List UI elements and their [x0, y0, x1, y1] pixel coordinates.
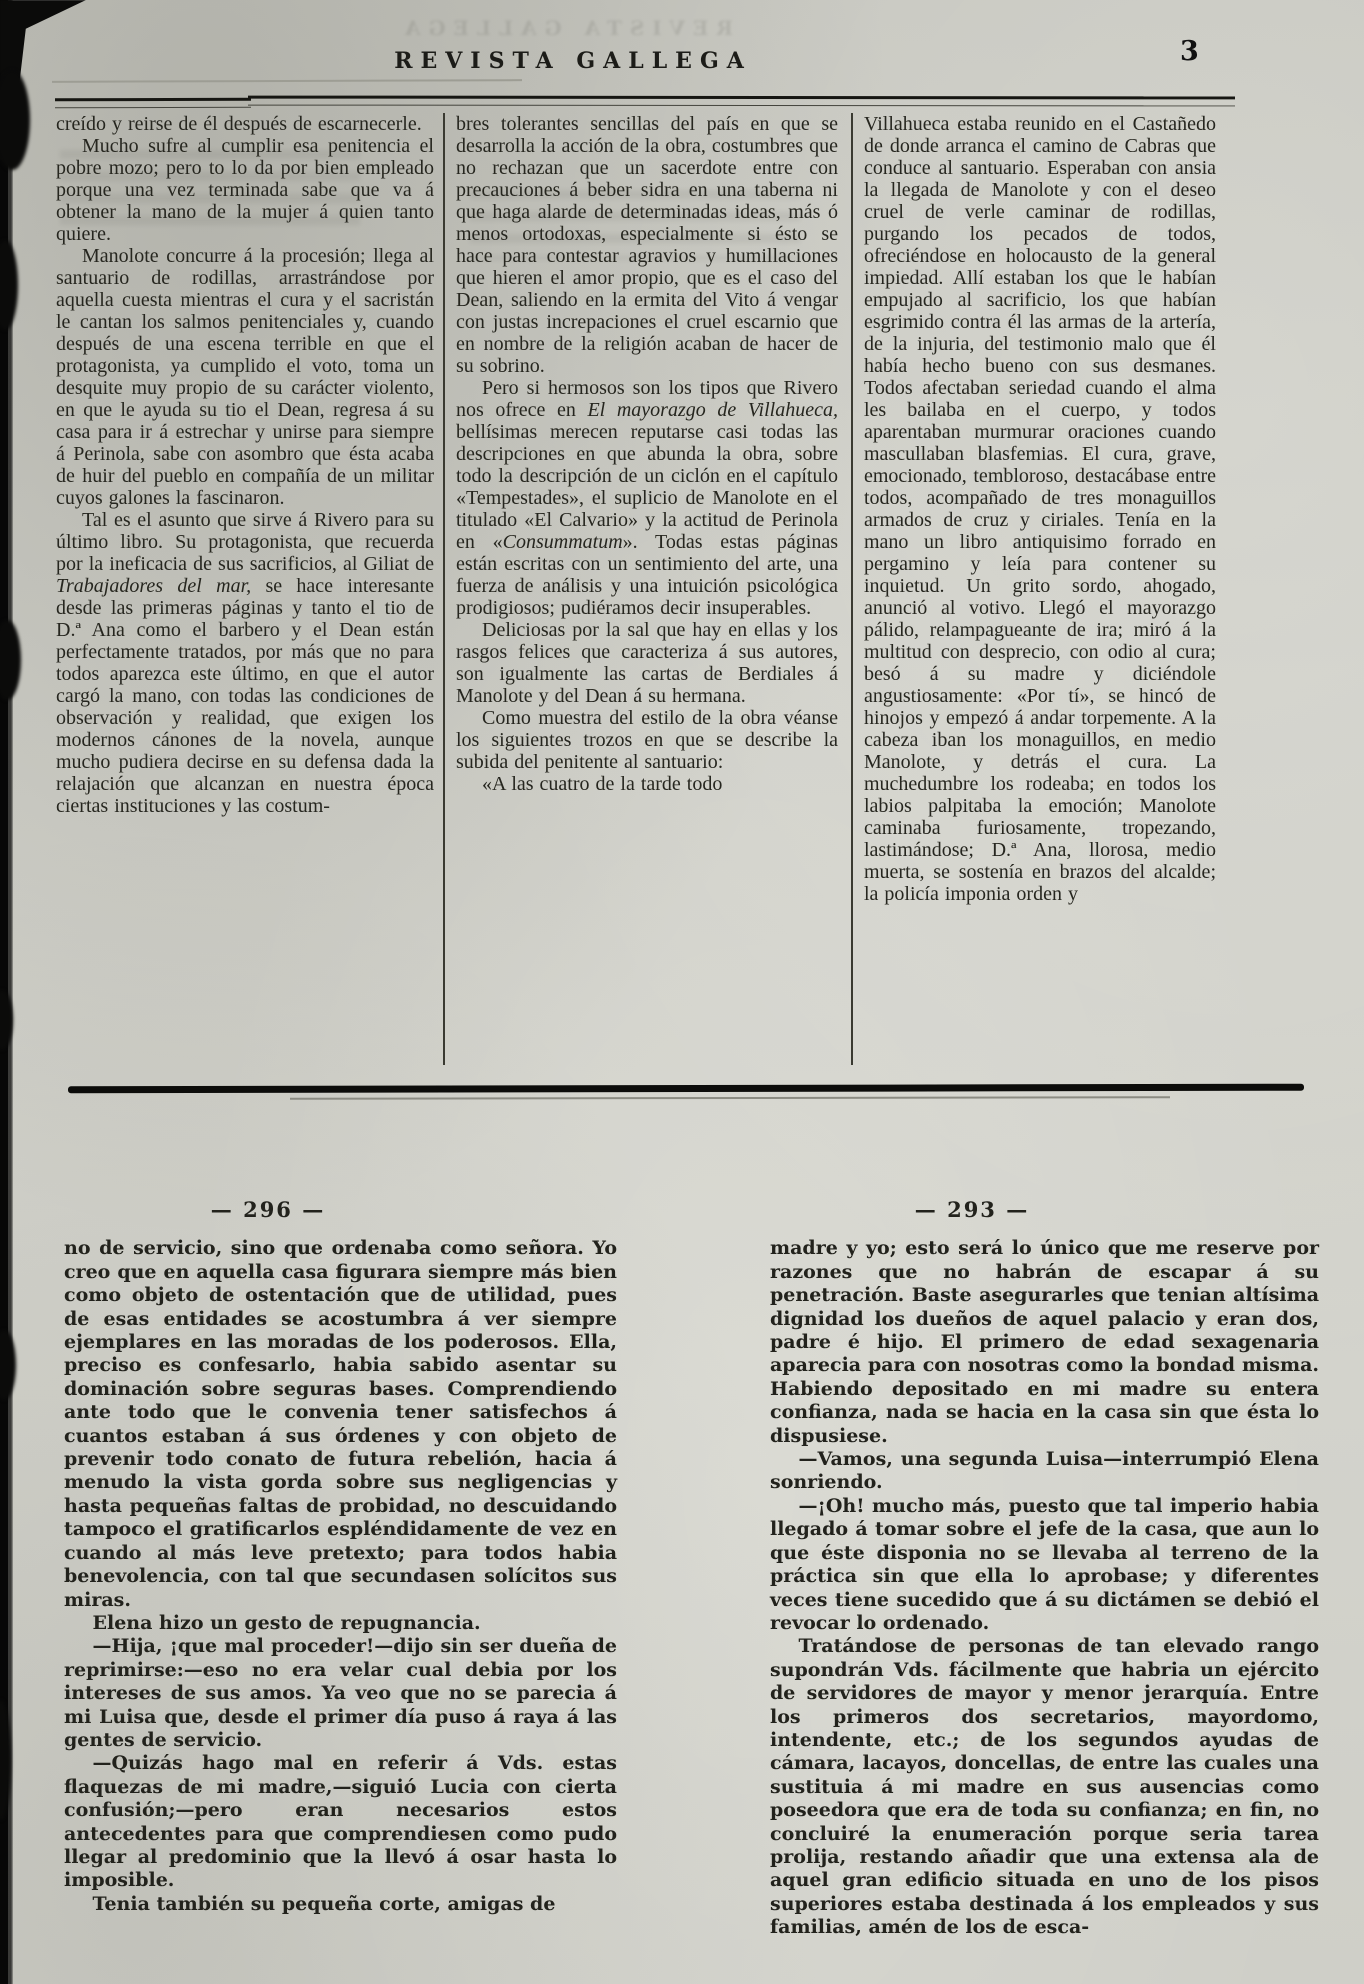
- scan-ink-blob: [0, 620, 21, 700]
- section-divider-echo: [290, 1096, 1170, 1100]
- paragraph: Villahueca estaba reunido en el Castañed…: [864, 113, 1216, 905]
- review-column-2: bres tolerantes sencillas del país en qu…: [456, 113, 838, 1065]
- reprint-page-296: — 296 — no de servicio, sino que ordenab…: [64, 1198, 617, 1916]
- paragraph: «A las cuatro de la tarde todo: [456, 773, 838, 795]
- paragraph: Pero si hermosos son los tipos que River…: [456, 377, 838, 619]
- book-title-italic: El mayorazgo de Villahueca,: [587, 399, 838, 421]
- review-column-1: creído y reirse de él después de escarne…: [56, 113, 434, 1065]
- paragraph: no de servicio, sino que ordenaba como s…: [64, 1237, 617, 1612]
- paragraph: —¡Oh! mucho más, puesto que tal imperio …: [770, 1495, 1319, 1635]
- reprint-page-number: — 296 —: [64, 1198, 472, 1221]
- header-faint-rule: [52, 79, 522, 83]
- reprint-page-number: — 293 —: [770, 1198, 1174, 1221]
- text-run: Tal es el asunto que sirve á Rivero para…: [56, 509, 434, 575]
- paragraph: Tratándose de personas de tan elevado ra…: [770, 1635, 1319, 1939]
- scan-ink-blob: [0, 240, 18, 330]
- masthead-title: REVISTA GALLEGA: [358, 48, 788, 74]
- text-run: se hace interesante desde las primeras p…: [56, 575, 434, 817]
- paragraph: —Hija, ¡que mal proceder!—dijo sin ser d…: [64, 1635, 617, 1752]
- bleed-through-ghost-masthead: REVISTA GALLEGA: [350, 16, 780, 40]
- chapter-title-italic: Consummatum: [503, 531, 623, 553]
- paragraph: Deliciosas por la sal que hay en ellas y…: [456, 619, 838, 707]
- paragraph: Tenia también su pequeña corte, amigas d…: [64, 1893, 617, 1916]
- paragraph: —Vamos, una segunda Luisa—interrumpió El…: [770, 1448, 1319, 1495]
- reprint-page-293: — 293 — madre y yo; esto será lo único q…: [770, 1198, 1319, 1940]
- paragraph: Como muestra del estilo de la obra véans…: [456, 707, 838, 773]
- column-divider-rule: [851, 113, 853, 1065]
- paragraph: Elena hizo un gesto de repugnancia.: [64, 1612, 617, 1635]
- review-column-3: Villahueca estaba reunido en el Castañed…: [864, 113, 1216, 1065]
- scan-ink-blob: [0, 70, 30, 170]
- paragraph: Tal es el asunto que sirve á Rivero para…: [56, 509, 434, 817]
- paragraph: madre y yo; esto será lo único que me re…: [770, 1237, 1319, 1448]
- header-rule-left-segment: [55, 98, 251, 109]
- section-divider-rule: [68, 1084, 1304, 1094]
- book-title-italic: Trabajadores del mar,: [56, 575, 251, 597]
- header-rule-right-segment: [248, 96, 1235, 107]
- page-number-folio: 3: [1180, 36, 1199, 67]
- paragraph: bres tolerantes sencillas del país en qu…: [456, 113, 838, 377]
- scanned-newspaper-page: REVISTA GALLEGA REVISTA GALLEGA 3 creído…: [0, 0, 1364, 1984]
- paragraph: creído y reirse de él después de escarne…: [56, 113, 434, 135]
- paragraph: —Quizás hago mal en referir á Vds. estas…: [64, 1752, 617, 1892]
- review-article-columns: creído y reirse de él después de escarne…: [56, 113, 1216, 1065]
- paragraph: Manolote concurre á la procesión; llega …: [56, 245, 434, 509]
- scan-ink-blob: [0, 1330, 16, 1400]
- column-divider-rule: [443, 113, 445, 1065]
- paragraph: Mucho sufre al cumplir esa penitencia el…: [56, 135, 434, 245]
